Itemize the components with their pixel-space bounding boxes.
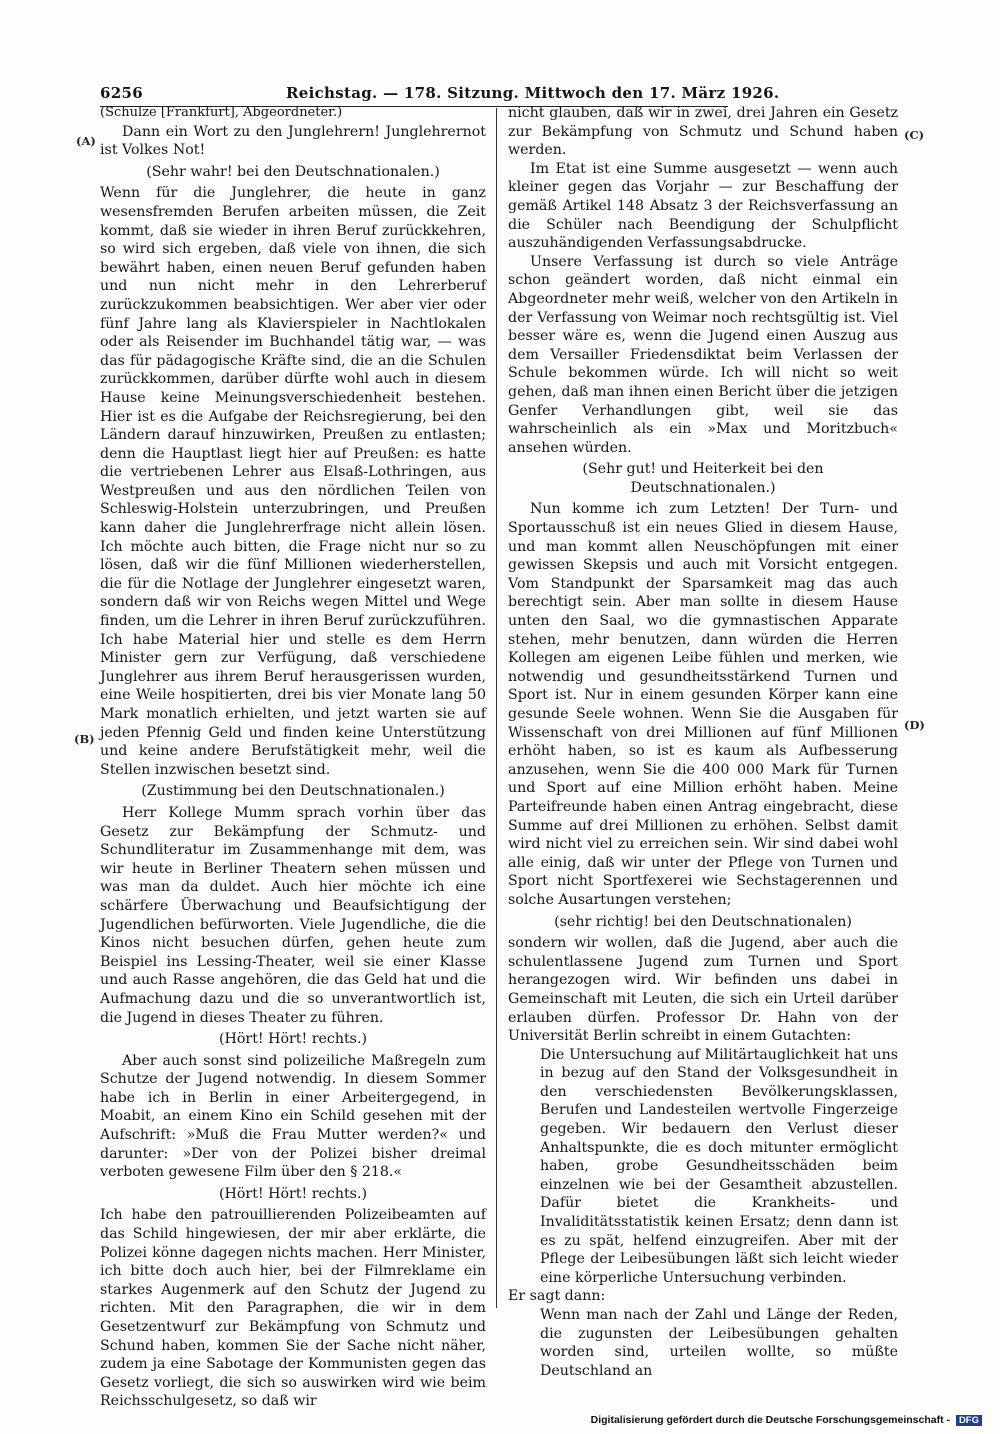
paragraph: Dann ein Wort zu den Junglehrern! Jungle…	[100, 123, 486, 160]
column-divider	[496, 108, 497, 1308]
interjection: (Hört! Hört! rechts.)	[100, 1030, 486, 1049]
paragraph: Nun komme ich zum Letzten! Der Turn- und…	[508, 500, 898, 909]
dfg-logo-icon: DFG	[956, 1415, 982, 1426]
paragraph: Er sagt dann:	[508, 1287, 898, 1306]
interjection: (Sehr wahr! bei den Deutschnationalen.)	[100, 163, 486, 182]
paragraph: Herr Kollege Mumm sprach vorhin über das…	[100, 804, 486, 1027]
interjection: (sehr richtig! bei den Deutschnationalen…	[508, 913, 898, 932]
left-column: (Schulze [Frankfurt], Abgeordneter.) Dan…	[100, 104, 486, 1411]
margin-mark-a: (A)	[76, 134, 96, 148]
interjection: (Hört! Hört! rechts.)	[100, 1185, 486, 1204]
speaker-label: (Schulze [Frankfurt], Abgeordneter.)	[100, 104, 486, 123]
margin-mark-c: (C)	[904, 128, 924, 142]
paragraph: Aber auch sonst sind polizeiliche Maßreg…	[100, 1052, 486, 1182]
document-page: 6256 Reichstag. — 178. Sitzung. Mittwoch…	[0, 0, 1000, 1434]
right-column: nicht glauben, daß wir in zwei, drei Jah…	[508, 104, 898, 1380]
block-quote: Die Untersuchung auf Militärtauglichkeit…	[540, 1046, 898, 1288]
digitization-credit: Digitalisierung gefördert durch die Deut…	[591, 1414, 982, 1426]
block-quote: Wenn man nach der Zahl und Länge der Red…	[540, 1306, 898, 1380]
paragraph: Wenn für die Junglehrer, die heute in ga…	[100, 184, 486, 779]
paragraph: sondern wir wollen, daß die Jugend, aber…	[508, 934, 898, 1046]
credit-text: Digitalisierung gefördert durch die Deut…	[591, 1414, 950, 1426]
margin-mark-b: (B)	[74, 732, 95, 746]
margin-mark-d: (D)	[904, 718, 925, 732]
paragraph: nicht glauben, daß wir in zwei, drei Jah…	[508, 104, 898, 160]
page-number: 6256	[100, 84, 143, 102]
interjection: (Zustimmung bei den Deutschnationalen.)	[100, 782, 486, 801]
paragraph: Im Etat ist eine Summe ausgesetzt — wenn…	[508, 160, 898, 253]
paragraph: Ich habe den patrouillierenden Polizeibe…	[100, 1206, 486, 1411]
interjection: (Sehr gut! und Heiterkeit bei den Deutsc…	[508, 460, 898, 497]
running-title: Reichstag. — 178. Sitzung. Mittwoch den …	[286, 84, 779, 102]
paragraph: Unsere Verfassung ist durch so viele Ant…	[508, 253, 898, 458]
